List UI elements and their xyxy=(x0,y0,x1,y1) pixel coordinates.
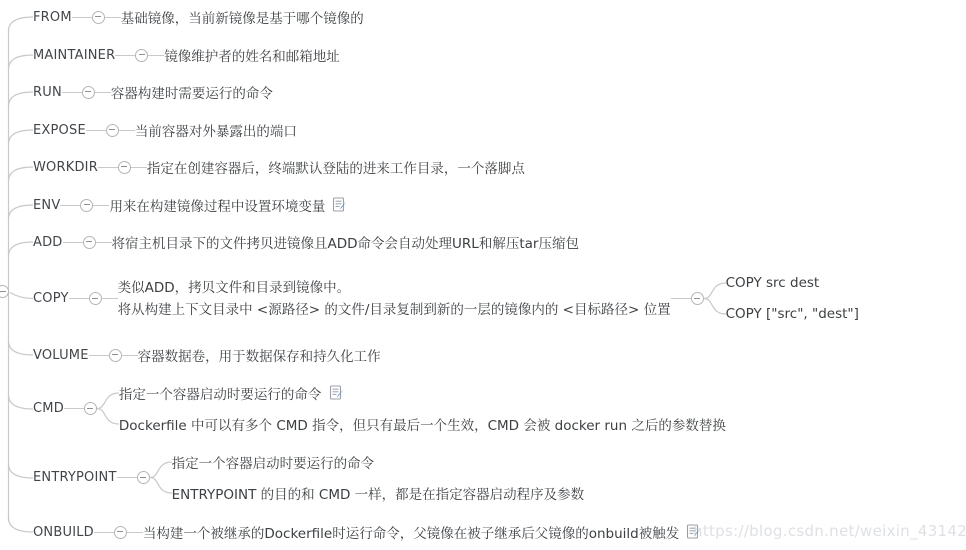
branch-volume: VOLUME 容器数据卷，用于数据保存和持久化工作 xyxy=(33,344,381,366)
topic-desc[interactable]: 将宿主机目录下的文件拷贝进镜像且ADD命令会自动处理URL和解压tar压缩包 xyxy=(112,232,579,252)
topic-label[interactable]: RUN xyxy=(33,85,62,100)
topic-desc[interactable]: 基础镜像，当前新镜像是基于哪个镜像的 xyxy=(121,7,364,27)
wire xyxy=(98,167,118,168)
topic-label[interactable]: ENTRYPOINT xyxy=(33,470,117,485)
child-label: 指定一个容器启动时要运行的命令 xyxy=(172,452,375,472)
collapse-button[interactable] xyxy=(83,236,96,249)
wire xyxy=(119,130,135,131)
child-label: COPY src dest xyxy=(726,275,820,291)
wire xyxy=(115,55,135,56)
wire xyxy=(148,55,164,56)
topic-desc[interactable]: 镜像维护者的姓名和邮箱地址 xyxy=(164,45,340,65)
fork-wires xyxy=(704,272,726,325)
fork-wires xyxy=(150,451,172,504)
child-topic[interactable]: ENTRYPOINT 的目的和 CMD 一样，都是在指定容器启动程序及参数 xyxy=(172,482,585,504)
branch-workdir: WORKDIR 指定在创建容器后，终端默认登陆的进来工作目录，一个落脚点 xyxy=(33,156,525,178)
wire xyxy=(117,477,137,478)
child-label: 指定一个容器启动时要运行的命令 xyxy=(119,383,322,403)
topic-desc[interactable]: 当前容器对外暴露出的端口 xyxy=(135,120,297,140)
topic-label[interactable]: ADD xyxy=(33,235,63,250)
child-label: Dockerfile 中可以有多个 CMD 指令，但只有最后一个生效，CMD 会… xyxy=(119,414,726,434)
copy-children: COPY src dest COPY ["src", "dest"] xyxy=(726,272,859,325)
branch-env: ENV 用来在构建镜像过程中设置环境变量 xyxy=(33,194,348,216)
wire xyxy=(95,92,111,93)
collapse-button[interactable] xyxy=(691,292,704,305)
topic-desc[interactable]: 容器构建时需要运行的命令 xyxy=(111,82,273,102)
topic-label[interactable]: FROM xyxy=(33,10,72,25)
mindmap-canvas: https://blog.csdn.net/weixin_43142797 FR… xyxy=(0,0,966,550)
wire xyxy=(102,298,118,299)
topic-label[interactable]: WORKDIR xyxy=(33,160,98,175)
branch-entrypoint: ENTRYPOINT 指定一个容器启动时要运行的命令 ENTRYPOINT 的目… xyxy=(33,451,584,504)
wire xyxy=(89,355,109,356)
child-topic[interactable]: 指定一个容器启动时要运行的命令 xyxy=(172,451,585,473)
cmd-children: 指定一个容器启动时要运行的命令 Dockerfile 中可以有多个 CMD 指令… xyxy=(119,382,726,435)
wire xyxy=(62,92,82,93)
collapse-button[interactable] xyxy=(135,49,148,62)
topic-label[interactable]: VOLUME xyxy=(33,348,89,363)
topic-label[interactable]: ENV xyxy=(33,198,60,213)
watermark: https://blog.csdn.net/weixin_43142797 xyxy=(693,522,966,540)
collapse-button[interactable] xyxy=(82,86,95,99)
branch-cmd: CMD 指定一个容器启动时要运行的命令 Dockerfile 中可以有多个 CM… xyxy=(33,382,726,435)
wire xyxy=(671,298,691,299)
topic-label[interactable]: ONBUILD xyxy=(33,525,94,540)
branch-copy: COPY 类似ADD，拷贝文件和目录到镜像中。 将从构建上下文目录中 <源路径>… xyxy=(33,272,859,325)
topic-label[interactable]: MAINTAINER xyxy=(33,48,115,63)
wire xyxy=(127,532,143,533)
wire xyxy=(64,408,84,409)
copy-desc-line2: 将从构建上下文目录中 <源路径> 的文件/目录复制到新的一层的镜像内的 <目标路… xyxy=(118,302,671,318)
child-label: ENTRYPOINT 的目的和 CMD 一样，都是在指定容器启动程序及参数 xyxy=(172,483,585,503)
collapse-button[interactable] xyxy=(80,199,93,212)
branch-run: RUN 容器构建时需要运行的命令 xyxy=(33,81,273,103)
child-topic[interactable]: COPY ["src", "dest"] xyxy=(726,303,859,325)
collapse-button[interactable] xyxy=(114,526,127,539)
child-topic[interactable]: COPY src dest xyxy=(726,272,859,294)
branch-onbuild: ONBUILD 当构建一个被继承的Dockerfile时运行命令，父镜像在被子继… xyxy=(33,521,702,543)
topic-label[interactable]: COPY xyxy=(33,291,69,306)
collapse-button[interactable] xyxy=(84,402,97,415)
entrypoint-children: 指定一个容器启动时要运行的命令 ENTRYPOINT 的目的和 CMD 一样，都… xyxy=(172,451,585,504)
wire xyxy=(60,205,80,206)
child-topic[interactable]: 指定一个容器启动时要运行的命令 xyxy=(119,382,726,404)
collapse-button[interactable] xyxy=(118,161,131,174)
wire xyxy=(105,17,121,18)
wire xyxy=(63,242,83,243)
child-label: COPY ["src", "dest"] xyxy=(726,306,859,322)
topic-desc[interactable]: 指定在创建容器后，终端默认登陆的进来工作目录，一个落脚点 xyxy=(147,157,525,177)
collapse-button[interactable] xyxy=(92,11,105,24)
wire xyxy=(72,17,92,18)
topic-desc[interactable]: 用来在构建镜像过程中设置环境变量 xyxy=(109,195,325,215)
wire xyxy=(122,355,138,356)
topic-label[interactable]: CMD xyxy=(33,401,64,416)
branch-maintainer: MAINTAINER 镜像维护者的姓名和邮箱地址 xyxy=(33,44,340,66)
topic-desc[interactable]: 当构建一个被继承的Dockerfile时运行命令，父镜像在被子继承后父镜像的on… xyxy=(143,522,679,542)
collapse-button[interactable] xyxy=(106,124,119,137)
topic-desc[interactable]: 容器数据卷，用于数据保存和持久化工作 xyxy=(138,345,381,365)
wire xyxy=(96,242,112,243)
fork-wires xyxy=(97,382,119,435)
child-topic[interactable]: Dockerfile 中可以有多个 CMD 指令，但只有最后一个生效，CMD 会… xyxy=(119,413,726,435)
topic-label[interactable]: EXPOSE xyxy=(33,123,86,138)
branch-expose: EXPOSE 当前容器对外暴露出的端口 xyxy=(33,119,297,141)
collapse-button[interactable] xyxy=(109,349,122,362)
collapse-button[interactable] xyxy=(89,292,102,305)
branch-from: FROM 基础镜像，当前新镜像是基于哪个镜像的 xyxy=(33,6,364,28)
wire xyxy=(69,298,89,299)
copy-desc-line1: 类似ADD，拷贝文件和目录到镜像中。 xyxy=(118,280,351,296)
topic-desc[interactable]: 类似ADD，拷贝文件和目录到镜像中。 将从构建上下文目录中 <源路径> 的文件/… xyxy=(118,277,671,321)
note-icon[interactable] xyxy=(332,197,348,213)
wire xyxy=(131,167,147,168)
collapse-button[interactable] xyxy=(137,471,150,484)
wire xyxy=(93,205,109,206)
wire xyxy=(94,532,114,533)
branch-add: ADD 将宿主机目录下的文件拷贝进镜像且ADD命令会自动处理URL和解压tar压… xyxy=(33,231,579,253)
note-icon[interactable] xyxy=(329,385,345,401)
wire xyxy=(86,130,106,131)
